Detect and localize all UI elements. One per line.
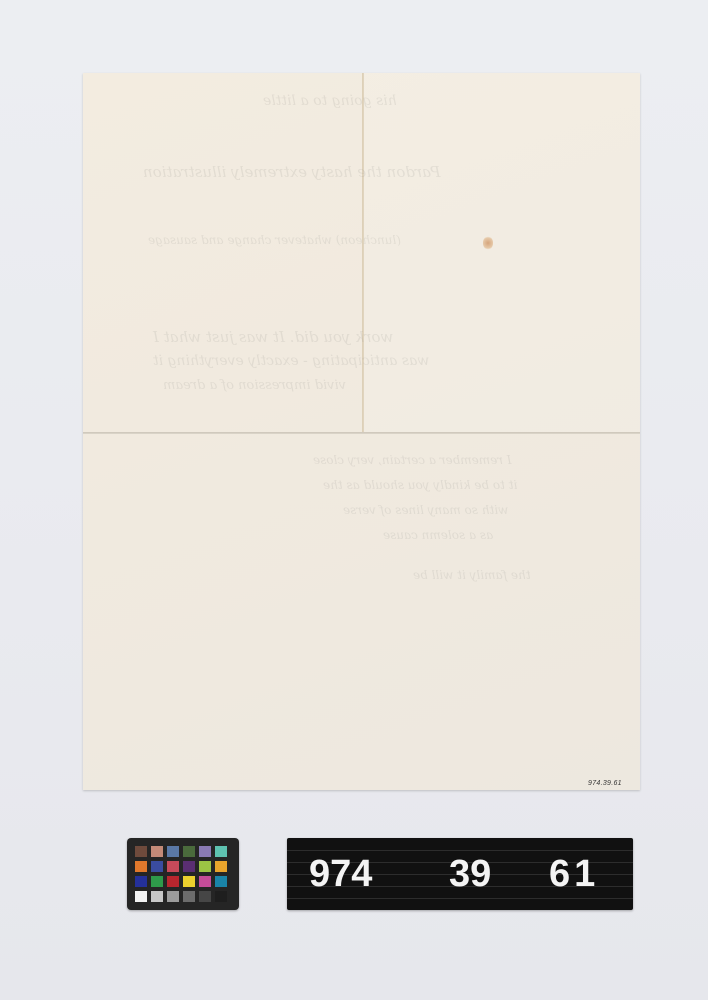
color-swatch [135, 876, 147, 887]
accession-number-strip: 974 39 61 [287, 838, 633, 910]
bleed-through-line: work you did. It was just what I [153, 328, 393, 346]
paper-quadrant-shade [364, 73, 640, 432]
color-swatch [151, 891, 163, 902]
bleed-through-line: it to be kindly you should as the [323, 478, 517, 492]
color-checker-card [127, 838, 239, 910]
bleed-through-line: I remember a certain, very close [313, 453, 512, 467]
foxing-stain [483, 236, 493, 250]
color-swatch [183, 891, 195, 902]
accession-number-part: 39 [449, 851, 491, 897]
color-swatch [183, 846, 195, 857]
color-swatch [215, 891, 227, 902]
color-swatch [151, 876, 163, 887]
color-swatch [215, 846, 227, 857]
color-swatch-grid [135, 846, 227, 902]
color-swatch [199, 891, 211, 902]
bleed-through-line: was anticipating - exactly everything it [153, 353, 429, 369]
bleed-through-line: vivid impression of a dream [163, 378, 346, 393]
color-swatch [199, 876, 211, 887]
letter-sheet: his going to a littlePardon the hasty ex… [83, 73, 640, 790]
color-swatch [167, 876, 179, 887]
bleed-through-line: his going to a little [263, 93, 397, 109]
color-swatch [135, 861, 147, 872]
color-swatch [183, 876, 195, 887]
color-swatch [151, 846, 163, 857]
bleed-through-line: with so many lines of verse [343, 503, 508, 517]
color-swatch [135, 891, 147, 902]
color-swatch [215, 876, 227, 887]
horizontal-fold-crease [83, 432, 640, 434]
bleed-through-line: as a solemn cause [383, 528, 493, 542]
color-swatch [215, 861, 227, 872]
bleed-through-line: the family it will be [413, 568, 531, 582]
vertical-fold-crease [362, 73, 364, 432]
color-swatch [199, 846, 211, 857]
color-swatch [183, 861, 195, 872]
accession-number-part: 61 [549, 851, 599, 897]
bleed-through-line: Pardon the hasty extremely illustration [143, 163, 440, 181]
color-swatch [151, 861, 163, 872]
color-swatch [167, 891, 179, 902]
strip-groove [287, 898, 633, 899]
bleed-through-line: (luncheon) whatever change and sausage [148, 233, 401, 247]
color-swatch [167, 861, 179, 872]
accession-number-part: 974 [309, 851, 372, 897]
color-swatch [199, 861, 211, 872]
accession-note: 974.39.61 [588, 780, 622, 787]
color-swatch [167, 846, 179, 857]
color-swatch [135, 846, 147, 857]
